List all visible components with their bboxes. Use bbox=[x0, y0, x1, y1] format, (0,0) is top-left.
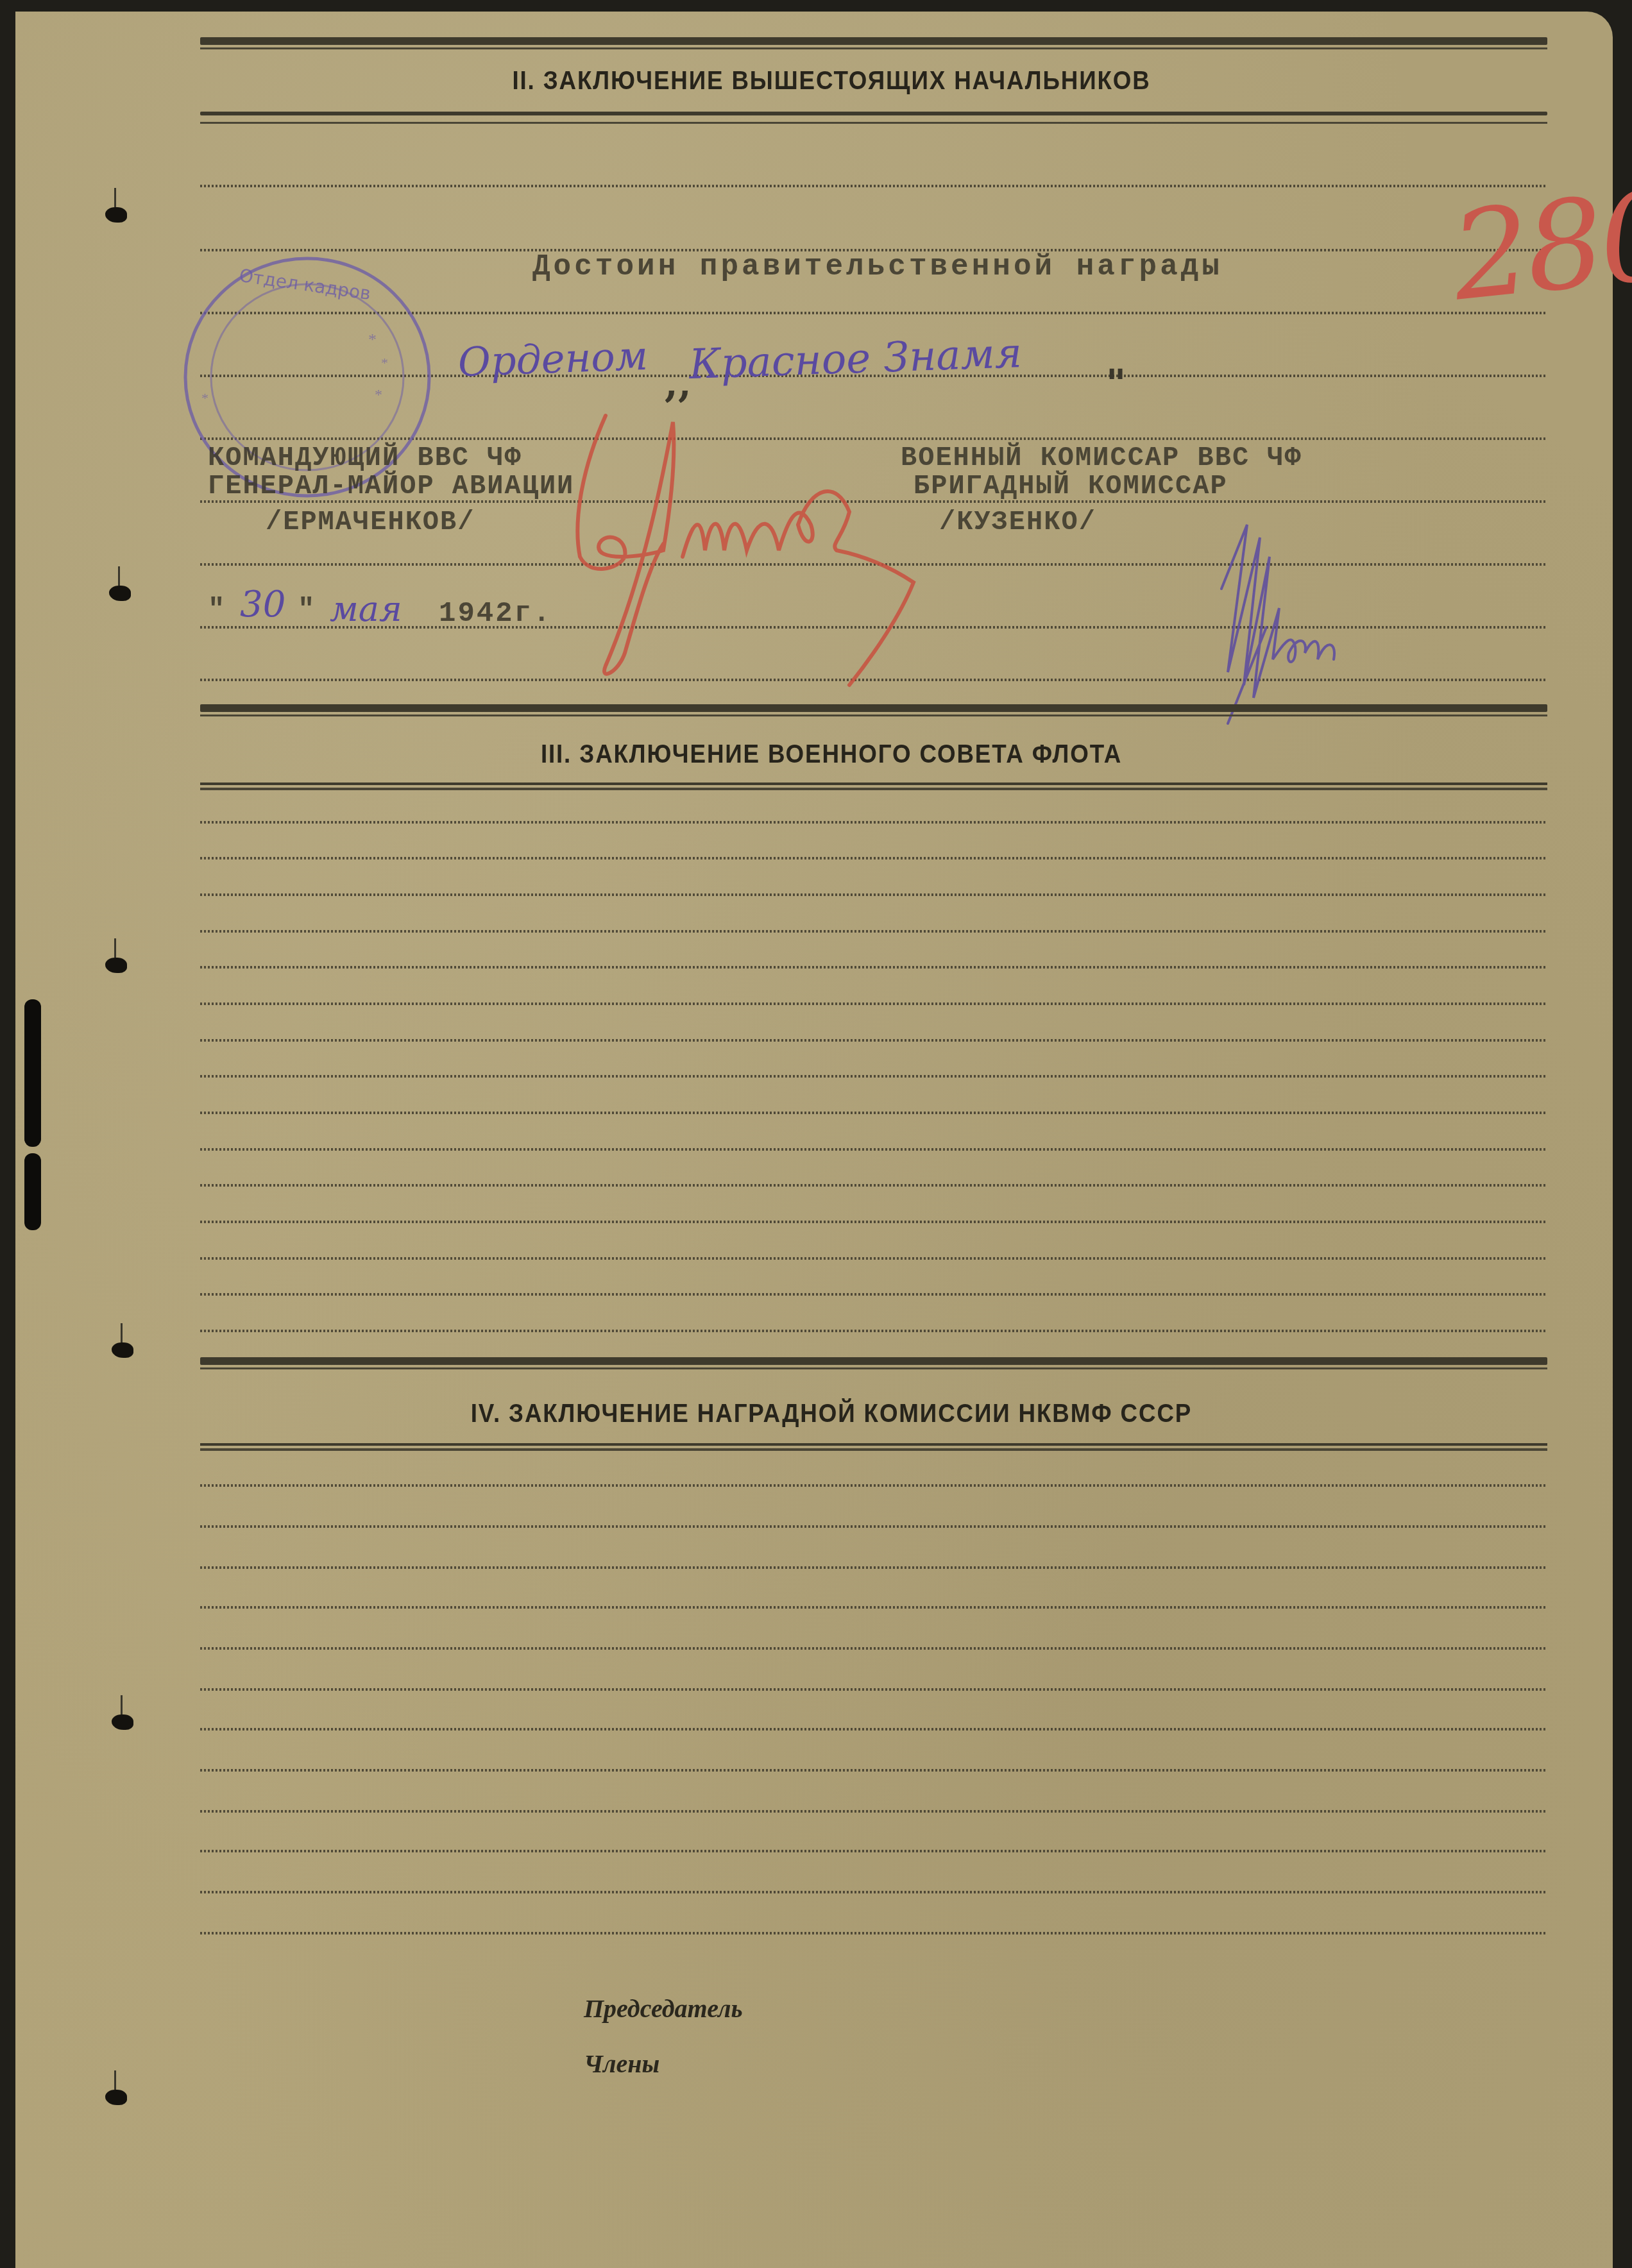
dotted-line bbox=[200, 1688, 1547, 1691]
dotted-line bbox=[200, 1257, 1547, 1260]
dotted-line bbox=[200, 1891, 1547, 1893]
dotted-line bbox=[200, 1647, 1547, 1650]
punch-hole-icon bbox=[112, 1342, 133, 1358]
red-signature-icon bbox=[567, 396, 965, 691]
date-open-quote: " bbox=[208, 594, 226, 626]
members-label: Члены bbox=[584, 2049, 659, 2079]
section-3-title: III. ЗАКЛЮЧЕНИЕ ВОЕННОГО СОВЕТА ФЛОТА bbox=[81, 740, 1582, 769]
signatory-1-name: /ЕРМАЧЕНКОВ/ bbox=[266, 507, 475, 537]
dotted-line bbox=[200, 1525, 1547, 1528]
binding-mark bbox=[24, 1153, 41, 1230]
archive-number: 280 bbox=[1445, 164, 1632, 328]
signatory-1-position-line2: ГЕНЕРАЛ-МАЙОР АВИАЦИИ bbox=[208, 471, 574, 502]
date-year: 1942г. bbox=[439, 598, 552, 630]
date-day: 30 bbox=[240, 584, 285, 625]
punch-hole-icon bbox=[105, 2090, 127, 2105]
dotted-line bbox=[200, 1221, 1547, 1223]
dotted-line bbox=[200, 1075, 1547, 1078]
document-page: II. ЗАКЛЮЧЕНИЕ ВЫШЕСТОЯЩИХ НАЧАЛЬНИКОВ 2… bbox=[15, 12, 1613, 2268]
section-rule bbox=[200, 112, 1547, 115]
dotted-line bbox=[200, 1293, 1547, 1296]
dotted-line bbox=[200, 1330, 1547, 1332]
dotted-line bbox=[200, 821, 1547, 824]
dotted-line bbox=[200, 1850, 1547, 1852]
dotted-line bbox=[200, 857, 1547, 859]
punch-hole-icon bbox=[109, 586, 131, 601]
section-4-title: IV. ЗАКЛЮЧЕНИЕ НАГРАДНОЙ КОМИССИИ НКВМФ … bbox=[81, 1400, 1582, 1428]
section-rule bbox=[200, 1357, 1547, 1365]
dotted-line bbox=[200, 1484, 1547, 1487]
dotted-line bbox=[200, 1810, 1547, 1813]
section-rule bbox=[200, 704, 1547, 712]
dotted-line bbox=[200, 1039, 1547, 1042]
violet-signature-icon bbox=[1183, 505, 1388, 736]
dotted-line bbox=[200, 1184, 1547, 1187]
typed-conclusion: Достоин правительственной награды bbox=[532, 250, 1223, 283]
dotted-line bbox=[200, 930, 1547, 933]
punch-hole-icon bbox=[112, 1714, 133, 1730]
dotted-line bbox=[200, 893, 1547, 896]
punch-hole-icon bbox=[105, 958, 127, 973]
handwritten-award-prefix: Орденом bbox=[457, 332, 649, 385]
dotted-line bbox=[200, 966, 1547, 969]
dotted-line bbox=[200, 1728, 1547, 1731]
svg-text:*: * bbox=[368, 330, 377, 349]
dotted-line bbox=[200, 1606, 1547, 1609]
section-rule bbox=[200, 1443, 1547, 1446]
svg-text:*: * bbox=[381, 355, 388, 371]
section-2-title: II. ЗАКЛЮЧЕНИЕ ВЫШЕСТОЯЩИХ НАЧАЛЬНИКОВ bbox=[81, 67, 1582, 96]
dotted-line bbox=[200, 1112, 1547, 1114]
dotted-line bbox=[200, 1148, 1547, 1151]
dotted-line bbox=[200, 1566, 1547, 1569]
chairman-label: Председатель bbox=[584, 1993, 743, 2024]
dotted-line bbox=[200, 1769, 1547, 1772]
handwritten-award-name: Красное Знамя bbox=[688, 330, 1023, 389]
punch-hole-icon bbox=[105, 207, 127, 223]
signatory-1-position-line1: КОМАНДУЮЩИЙ ВВС ЧФ bbox=[208, 443, 522, 473]
dotted-line bbox=[200, 1003, 1547, 1005]
binding-mark bbox=[24, 999, 41, 1147]
svg-text:*: * bbox=[375, 387, 382, 403]
section-rule bbox=[200, 783, 1547, 785]
close-quote: " bbox=[1106, 361, 1126, 406]
svg-text:*: * bbox=[201, 390, 208, 406]
section-rule-top bbox=[200, 37, 1547, 45]
date-month: мая bbox=[330, 589, 402, 629]
dotted-line bbox=[200, 1932, 1547, 1934]
dotted-line bbox=[200, 185, 1547, 187]
date-close-quote: " bbox=[298, 594, 316, 626]
